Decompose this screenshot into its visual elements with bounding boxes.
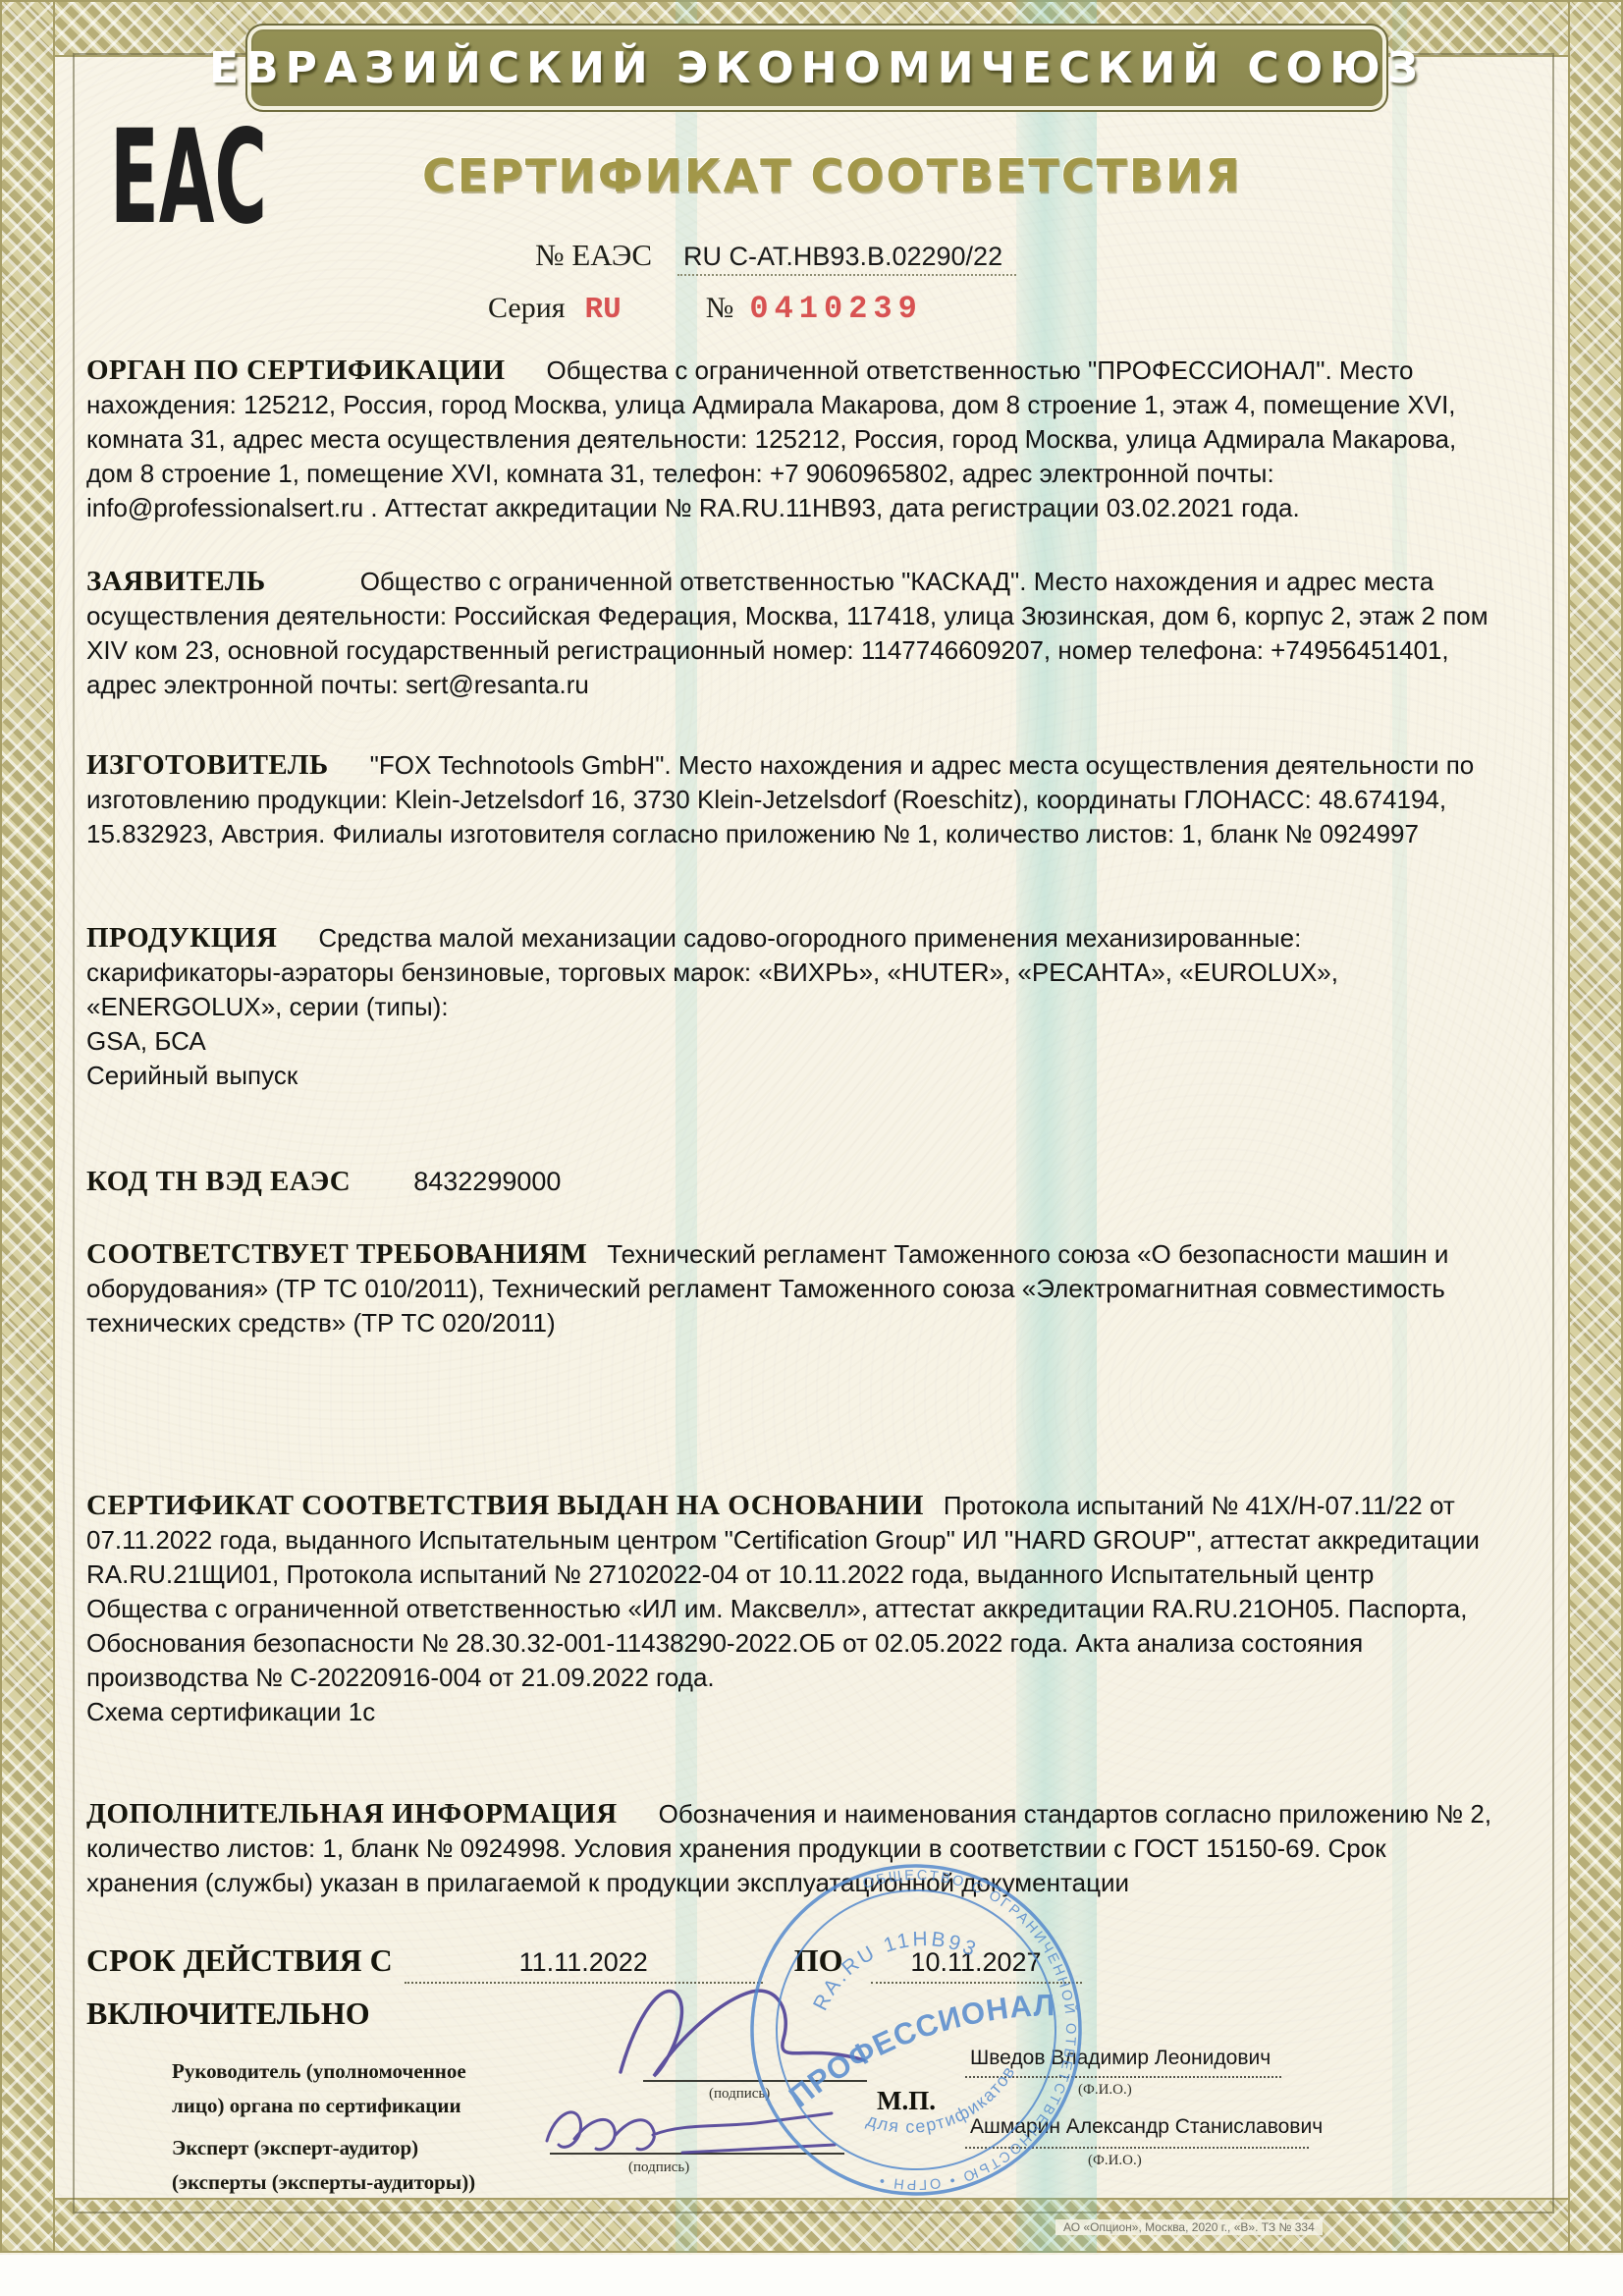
validity-from-label: СРОК ДЕЙСТВИЯ С [86,1942,393,1978]
blank-number-label: № [706,292,734,324]
section-label: ПРОДУКЦИЯ [86,922,277,954]
printer-imprint: АО «Опцион», Москва, 2020 г., «В». ТЗ № … [1055,2219,1323,2235]
section-applicant: ЗАЯВИТЕЛЬОбщество с ограниченной ответст… [86,565,1497,702]
certificate-sheet: ЕВРАЗИЙСКИЙ ЭКОНОМИЧЕСКИЙ СОЮЗ ЕАС СЕРТИ… [0,0,1623,2255]
series-label: Серия [488,292,566,324]
section-requirements: СООТВЕТСТВУЕТ ТРЕБОВАНИЯМТехнический рег… [86,1237,1497,1340]
series-row: СерияRU№0410239 [488,291,923,327]
section-manufacturer: ИЗГОТОВИТЕЛЬ"FOX Technotools GmbH". Мест… [86,748,1497,851]
tnved-code-value: 8432299000 [413,1167,561,1196]
expert-role-text: Эксперт (эксперт-аудитор) (эксперты (экс… [172,2131,475,2200]
section-label: ИЗГОТОВИТЕЛЬ [86,749,329,781]
stamp-purpose: для сертификатов [859,2057,1030,2157]
expert-signature-caption: (подпись) [628,2159,689,2176]
section-basis: СЕРТИФИКАТ СООТВЕТСТВИЯ ВЫДАН НА ОСНОВАН… [86,1489,1497,1729]
svg-text:для сертификатов: для сертификатов [859,2057,1030,2157]
blank-number-value: 0410239 [749,291,922,327]
series-value: RU [585,293,622,327]
product-series-line: GSA, БСА [86,1026,206,1056]
section-label: КОД ТН ВЭД ЕАЭС [86,1166,351,1197]
union-title-banner: ЕВРАЗИЙСКИЙ ЭКОНОМИЧЕСКИЙ СОЮЗ [245,24,1388,112]
section-product: ПРОДУКЦИЯСредства малой механизации садо… [86,921,1497,1093]
certificate-number-row: № ЕАЭСRU С-АТ.НВ93.В.02290/22 [535,238,1016,273]
svg-text:ЕАС: ЕАС [110,120,267,238]
section-label: ОРГАН ПО СЕРТИФИКАЦИИ [86,355,506,386]
certification-scheme: Схема сертификации 1с [86,1697,375,1726]
section-label: СЕРТИФИКАТ СООТВЕТСТВИЯ ВЫДАН НА ОСНОВАН… [86,1490,924,1521]
expert-fio-caption: (Ф.И.О.) [1088,2153,1142,2169]
certificate-number-label: № ЕАЭС [535,238,652,272]
section-certification-body: ОРГАН ПО СЕРТИФИКАЦИИОбщества с ограниче… [86,354,1497,525]
section-tnved-code: КОД ТН ВЭД ЕАЭС8432299000 [86,1165,1497,1199]
svg-text:RA.RU 11НВ93: RA.RU 11НВ93 [795,1904,987,2020]
eac-mark-icon: ЕАС [108,120,275,243]
section-label: ЗАЯВИТЕЛЬ [86,566,266,597]
stamp-accreditation-no: RA.RU 11НВ93 [795,1904,987,2020]
section-label: ДОПОЛНИТЕЛЬНАЯ ИНФОРМАЦИЯ [86,1798,618,1830]
head-role-text: Руководитель (уполномоченное лицо) орган… [172,2054,466,2123]
certificate-number-value: RU С-АТ.НВ93.В.02290/22 [677,242,1016,276]
ornate-border-right [1568,0,1623,2253]
product-issue-type: Серийный выпуск [86,1061,298,1090]
certificate-page: ЕВРАЗИЙСКИЙ ЭКОНОМИЧЕСКИЙ СОЮЗ ЕАС СЕРТИ… [0,0,1623,2296]
certificate-title: СЕРТИФИКАТ СООТВЕТСТВИЯ [422,149,1139,202]
section-text: Общество с ограниченной ответственностью… [86,567,1488,699]
union-title: ЕВРАЗИЙСКИЙ ЭКОНОМИЧЕСКИЙ СОЮЗ [209,43,1425,93]
ornate-border-left [0,0,55,2253]
section-additional-info: ДОПОЛНИТЕЛЬНАЯ ИНФОРМАЦИЯОбозначения и н… [86,1797,1497,1900]
section-label: СООТВЕТСТВУЕТ ТРЕБОВАНИЯМ [86,1238,587,1270]
validity-inclusive-label: ВКЛЮЧИТЕЛЬНО [86,1995,370,2032]
